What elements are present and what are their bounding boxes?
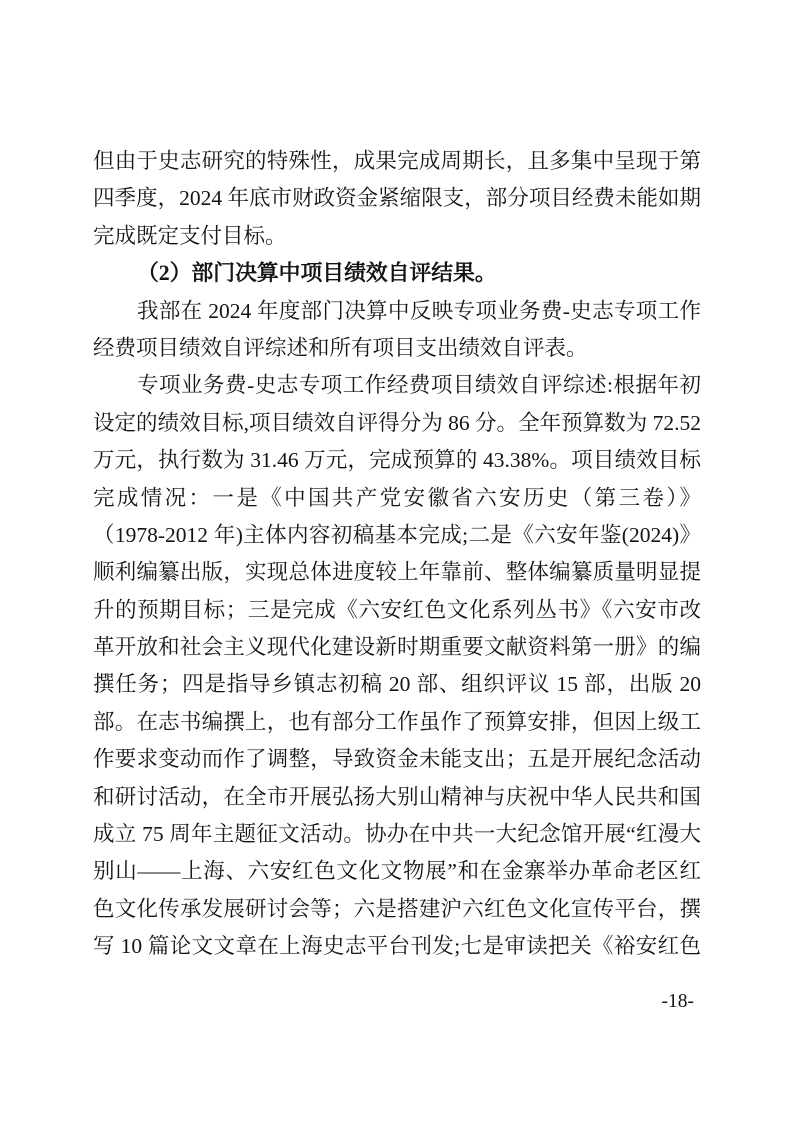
- body-text-line: 四季度，2024 年底市财政资金紧缩限支，部分项目经费未能如期: [93, 180, 701, 217]
- body-text-line: 万元，执行数为 31.46 万元，完成预算的 43.38%。项目绩效目标: [93, 442, 701, 479]
- body-text-line: （1978-2012 年)主体内容初稿基本完成;二是《六安年鉴(2024)》: [93, 517, 701, 554]
- body-text-line: 设定的绩效目标,项目绩效自评得分为 86 分。全年预算数为 72.52: [93, 405, 701, 442]
- body-text-line: 顺利编纂出版，实现总体进度较上年靠前、整体编纂质量明显提: [93, 554, 701, 591]
- body-text-line: 写 10 篇论文文章在上海史志平台刊发;七是审读把关《裕安红色: [93, 928, 701, 965]
- document-page: 但由于史志研究的特殊性，成果完成周期长，且多集中呈现于第四季度，2024 年底市…: [0, 0, 793, 1122]
- body-text-line: 升的预期目标；三是完成《六安红色文化系列丛书》《六安市改: [93, 592, 701, 629]
- body-text-line: 专项业务费-史志专项工作经费项目绩效自评综述:根据年初: [93, 367, 701, 404]
- body-text-line: 部。在志书编撰上，也有部分工作虽作了预算安排，但因上级工: [93, 704, 701, 741]
- body-text-line: 完成既定支付目标。: [93, 218, 701, 255]
- body-text-line: 经费项目绩效自评综述和所有项目支出绩效自评表。: [93, 330, 701, 367]
- body-text-line: 别山——上海、六安红色文化文物展”和在金寨举办革命老区红: [93, 853, 701, 890]
- body-text-line: 色文化传承发展研讨会等；六是搭建沪六红色文化宣传平台，撰: [93, 891, 701, 928]
- body-text-line: 但由于史志研究的特殊性，成果完成周期长，且多集中呈现于第: [93, 143, 701, 180]
- page-number: -18-: [662, 988, 695, 1016]
- body-text-line: 完成情况：一是《中国共产党安徽省六安历史（第三卷）》: [93, 480, 701, 517]
- body-text-line: 和研讨活动，在全市开展弘扬大别山精神与庆祝中华人民共和国: [93, 779, 701, 816]
- body-text-line: 作要求变动而作了调整，导致资金未能支出；五是开展纪念活动: [93, 741, 701, 778]
- body-text-line: 我部在 2024 年度部门决算中反映专项业务费-史志专项工作: [93, 293, 701, 330]
- section-heading-line: （2）部门决算中项目绩效自评结果。: [93, 255, 701, 292]
- body-text-line: 革开放和社会主义现代化建设新时期重要文献资料第一册》的编: [93, 629, 701, 666]
- body-text-line: 成立 75 周年主题征文活动。协办在中共一大纪念馆开展“红漫大: [93, 816, 701, 853]
- document-body: 但由于史志研究的特殊性，成果完成周期长，且多集中呈现于第四季度，2024 年底市…: [93, 143, 701, 966]
- body-text-line: 撰任务；四是指导乡镇志初稿 20 部、组织评议 15 部，出版 20: [93, 666, 701, 703]
